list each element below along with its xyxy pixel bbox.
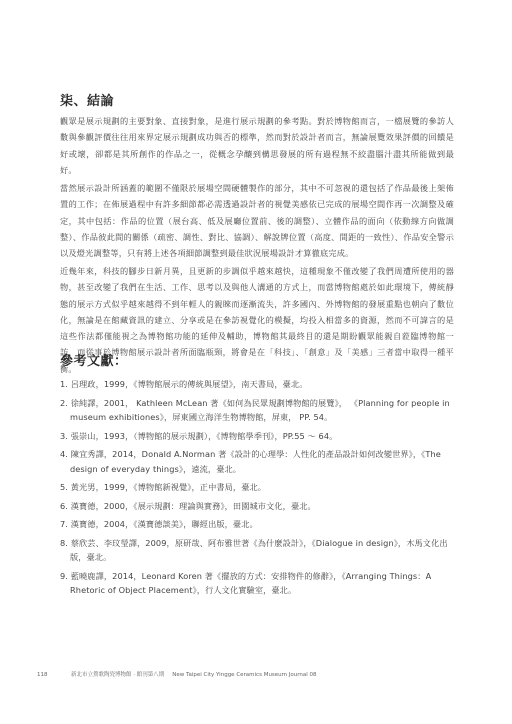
- references-heading: 參考文獻：: [60, 350, 128, 369]
- paragraph-2: 當然展示設計所涵蓋的範圍不僅限於展場空間硬體製作的部分，其中不可忽視的還包括了作…: [60, 180, 454, 261]
- paragraph-1: 觀眾是展示規劃的主要對象、直接對象，是進行展示規劃的參考點。對於博物館而言，一檔…: [60, 113, 454, 178]
- journal-title-en: New Taipei City Yingge Ceramics Museum J…: [172, 672, 316, 678]
- page-number: 118: [37, 672, 71, 678]
- reference-item: 4. 陳宜秀譯，2014，Donald A.Norman 著《設計的心理學：人性…: [60, 447, 460, 476]
- document-page: 柒、結論 觀眾是展示規劃的主要對象、直接對象，是進行展示規劃的參考點。對於博物館…: [0, 0, 512, 724]
- reference-item: 3. 張崇山，1993，（博物館的展示規劃），《博物館學季刊》，PP.55 ～ …: [60, 429, 460, 444]
- reference-item: 7. 漢寶德，2004，《漢寶德談美》，聯經出版，臺北。: [60, 517, 460, 532]
- journal-title-zh: 新北市立鶯歌陶瓷博物館 · 館刊第八期: [71, 672, 164, 678]
- reference-item: 8. 蔡欣芸、李玟瑩譯，2009，原研哉、阿布雅世著《為什麼設計》，《Dialo…: [60, 536, 460, 565]
- reference-item: 2. 徐純譯，2001， Kathleen McLean 著《如何為民眾規劃博物…: [60, 396, 460, 425]
- page-footer: 118新北市立鶯歌陶瓷博物館 · 館刊第八期New Taipei City Yi…: [37, 670, 317, 678]
- reference-item: 9. 藍曉鹿譯，2014，Leonard Koren 著《擺放的方式：安排物件的…: [60, 569, 460, 598]
- references-list: 1. 呂理政，1999，《博物館展示的傳統與展望》，南天書局，臺北。 2. 徐純…: [60, 377, 460, 602]
- reference-item: 6. 漢寶德，2000，《展示規劃：理論與實務》，田園城市文化，臺北。: [60, 499, 460, 514]
- section-heading: 柒、結論: [60, 90, 114, 109]
- reference-item: 5. 黃光男，1999，《博物館新視覺》，正中書局，臺北。: [60, 480, 460, 495]
- reference-item: 1. 呂理政，1999，《博物館展示的傳統與展望》，南天書局，臺北。: [60, 377, 460, 392]
